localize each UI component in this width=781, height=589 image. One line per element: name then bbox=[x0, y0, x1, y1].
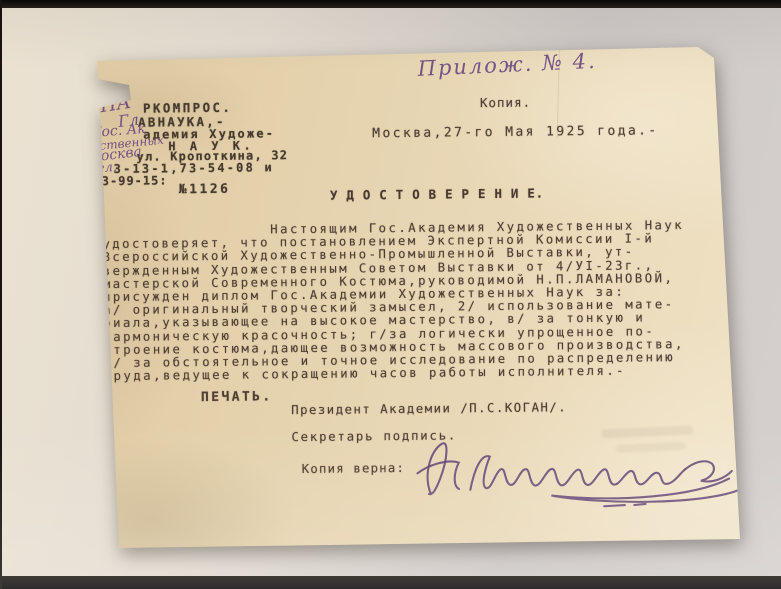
president-signature-line: Президент Академии /П.С.КОГАН/. bbox=[291, 400, 567, 417]
signature-lamanova bbox=[399, 430, 760, 514]
handwritten-insert: тел. bbox=[84, 160, 118, 178]
seal-label: ПЕЧАТЬ. bbox=[201, 389, 273, 405]
copy-certification-label: Копия верна: bbox=[302, 461, 405, 476]
stamp-line: 3-99-15: bbox=[102, 173, 168, 188]
document-shadow: Прилож. № 4. Копия. Москва,27-го Мая 192… bbox=[0, 0, 781, 589]
photo-frame-top bbox=[0, 0, 781, 8]
photo-backdrop: Прилож. № 4. Копия. Москва,27-го Мая 192… bbox=[0, 0, 781, 589]
document-paper: Прилож. № 4. Копия. Москва,27-го Мая 192… bbox=[0, 0, 781, 589]
photo-frame-bottom bbox=[0, 576, 781, 589]
attachment-note-handwritten: Прилож. № 4. bbox=[417, 49, 597, 81]
photo-frame-left bbox=[0, 0, 2, 589]
document-content: Прилож. № 4. Копия. Москва,27-го Мая 192… bbox=[0, 0, 781, 589]
document-number: №1126 bbox=[179, 182, 231, 198]
dateline: Москва,27-го Мая 1925 года.- bbox=[372, 123, 659, 141]
copy-label: Копия. bbox=[480, 95, 531, 111]
body-paragraph: Настоящим Гос.Академия Художественных На… bbox=[102, 219, 685, 383]
certificate-title: У Д О С Т О В Е Р Е Н И Е. bbox=[330, 185, 544, 202]
